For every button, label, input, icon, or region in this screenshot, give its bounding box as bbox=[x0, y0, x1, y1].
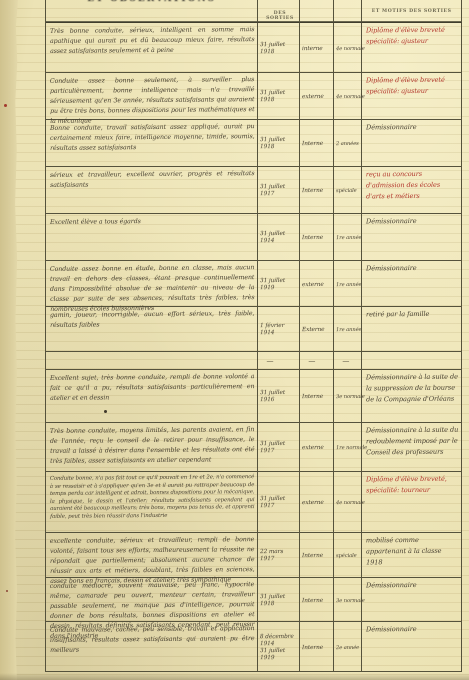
table-row: conduite médiocre, souvent mauvaise, peu… bbox=[46, 578, 462, 622]
status-value-text: Interne bbox=[302, 233, 323, 241]
observation-text: Conduite mauvaise, cachée, peu sensible,… bbox=[46, 621, 258, 656]
status-value-text: interne bbox=[302, 43, 323, 51]
motif-text-text: mobilisé comme appartenant à la classe 1… bbox=[362, 533, 461, 569]
status-value: interne bbox=[300, 23, 334, 73]
motif-text-text: reçu au concours d'admission des écoles … bbox=[362, 167, 461, 203]
status-value-text: Interne bbox=[302, 595, 323, 603]
status-value: Externe bbox=[300, 307, 334, 352]
motif-text bbox=[362, 352, 462, 370]
status-value-text: externe bbox=[302, 92, 324, 100]
motif-text: Démissionnaire à la suite de la suppress… bbox=[362, 370, 462, 423]
motif-text: mobilisé comme appartenant à la classe 1… bbox=[362, 533, 462, 578]
motif-text: reçu au concours d'admission des écoles … bbox=[362, 167, 462, 214]
duration-value-text: — bbox=[336, 357, 349, 365]
duration-value-text: spéciale bbox=[336, 551, 357, 559]
motif-text-text: Démissionnaire à la suite de la suppress… bbox=[362, 370, 461, 406]
motif-text: retiré par la famille bbox=[362, 307, 462, 352]
exit-date-text: 31 juillet 1914 bbox=[260, 229, 299, 245]
status-value-text: Interne bbox=[302, 551, 323, 559]
duration-value-text: 2e année bbox=[336, 642, 359, 650]
motif-text: Diplôme d'élève breveté, spécialité: tou… bbox=[362, 472, 462, 533]
duration-value: 2 années bbox=[334, 120, 362, 167]
status-value: Interne bbox=[300, 578, 334, 622]
observation-text: Excellent élève a tous égards bbox=[46, 213, 258, 228]
exit-date: 31 juillet 1918 bbox=[258, 73, 300, 120]
duration-value: 3e normale bbox=[334, 578, 362, 622]
motif-text: Démissionnaire à la suite du redoublemen… bbox=[362, 423, 462, 472]
exit-date: 31 juillet 1917 bbox=[258, 167, 300, 214]
exit-date: 8 décembre 1914 31 juillet 1919 bbox=[258, 622, 300, 672]
table-row: Conduite mauvaise, cachée, peu sensible,… bbox=[46, 622, 462, 672]
observation: Conduite assez bonne seulement, à survei… bbox=[46, 73, 258, 120]
status-value: Interne bbox=[300, 167, 334, 214]
exit-date-text: — bbox=[260, 357, 273, 365]
duration-value: 3e normale bbox=[334, 370, 362, 423]
status-value-text: Interne bbox=[302, 139, 323, 147]
status-value: Interne bbox=[300, 622, 334, 672]
status-value: externe bbox=[300, 73, 334, 120]
status-value: — bbox=[300, 352, 334, 370]
observation-text: Excellent sujet, très bonne conduite, re… bbox=[46, 369, 258, 404]
header-cell-motif: ET MOTIFS DES SORTIES bbox=[362, 0, 462, 23]
register-table: ET OBSERVATIONS DES SORTIES ET MOTIFS DE… bbox=[45, 0, 462, 672]
table-header: ET OBSERVATIONS DES SORTIES ET MOTIFS DE… bbox=[46, 0, 462, 23]
status-value: externe bbox=[300, 472, 334, 533]
duration-value-text: spéciale bbox=[336, 186, 357, 194]
duration-value-text: 3e normale bbox=[336, 392, 365, 400]
exit-date: 31 juillet 1916 bbox=[258, 370, 300, 423]
exit-date: 31 juillet 1918 bbox=[258, 23, 300, 73]
observation: Très bonne conduite, moyens limités, les… bbox=[46, 423, 258, 472]
duration-value-text: 1re normale bbox=[336, 443, 367, 451]
exit-date: — bbox=[258, 352, 300, 370]
table-row: Bonne conduite, travail satisfaisant ass… bbox=[46, 120, 462, 167]
observation: Excellent élève a tous égards bbox=[46, 214, 258, 261]
exit-date-text: 31 juillet 1919 bbox=[260, 275, 299, 291]
table-row: Excellent sujet, très bonne conduite, re… bbox=[46, 370, 462, 423]
exit-date: 31 juillet 1918 bbox=[258, 120, 300, 167]
status-value: externe bbox=[300, 261, 334, 307]
duration-value-text: 2 années bbox=[336, 139, 359, 147]
observation: excellente conduite, sérieux et travaill… bbox=[46, 533, 258, 578]
duration-value: 1re année bbox=[334, 307, 362, 352]
status-value-text: externe bbox=[302, 498, 324, 506]
motif-text: Démissionnaire bbox=[362, 622, 462, 672]
duration-value: 4e normale bbox=[334, 472, 362, 533]
duration-value: 4e normale bbox=[334, 73, 362, 120]
observation: Conduite assez bonne en étude, bonne en … bbox=[46, 261, 258, 307]
exit-date-text: 8 décembre 1914 31 juillet 1919 bbox=[260, 631, 299, 661]
observation: Bonne conduite, travail satisfaisant ass… bbox=[46, 120, 258, 167]
table-row: Très bonne conduite, moyens limités, les… bbox=[46, 423, 462, 472]
ink-speck bbox=[6, 590, 8, 592]
exit-date: 31 juillet 1919 bbox=[258, 261, 300, 307]
status-value-text: — bbox=[302, 357, 315, 365]
table-rows: Très bonne conduite, sérieux, intelligen… bbox=[46, 23, 462, 672]
header-cell-status bbox=[300, 0, 334, 23]
duration-value-text: 1re année bbox=[336, 279, 362, 287]
table-row: Excellent élève a tous égards31 juillet … bbox=[46, 214, 462, 261]
observation: conduite médiocre, souvent mauvaise, peu… bbox=[46, 578, 258, 622]
header-cell-observations: ET OBSERVATIONS bbox=[46, 0, 258, 23]
status-value-text: Interne bbox=[302, 392, 323, 400]
duration-value: 1re année bbox=[334, 214, 362, 261]
motif-text: Démissionnaire bbox=[362, 120, 462, 167]
ink-dot bbox=[104, 410, 107, 413]
duration-value-text: 4e normale bbox=[336, 43, 365, 51]
exit-date-text: 31 juillet 1916 bbox=[260, 388, 299, 404]
exit-date-text: 1 février 1914 bbox=[260, 321, 299, 337]
cropped-header-text: ET OBSERVATIONS bbox=[46, 0, 257, 4]
observation-text: Très bonne conduite, moyens limités, les… bbox=[46, 422, 258, 467]
duration-value-text: 4e normale bbox=[336, 498, 365, 506]
ink-speck bbox=[4, 104, 7, 107]
motif-text-text: Démissionnaire bbox=[362, 261, 461, 275]
observation: gamin, joueur, incorrigible, aucun effor… bbox=[46, 307, 258, 352]
status-value: Interne bbox=[300, 214, 334, 261]
table-row: Très bonne conduite, sérieux, intelligen… bbox=[46, 23, 462, 73]
duration-value: — bbox=[334, 352, 362, 370]
motif-text-text: Diplôme d'élève breveté spécialité: ajus… bbox=[362, 23, 461, 48]
motif-text-text: Diplôme d'élève breveté, spécialité: tou… bbox=[362, 472, 461, 497]
exit-date-text: 31 juillet 1918 bbox=[260, 135, 299, 151]
observation-text: gamin, joueur, incorrigible, aucun effor… bbox=[46, 306, 258, 331]
duration-value: 1re année bbox=[334, 261, 362, 307]
register-page: ET OBSERVATIONS DES SORTIES ET MOTIFS DE… bbox=[0, 0, 469, 680]
status-value: externe bbox=[300, 423, 334, 472]
status-value-text: Interne bbox=[302, 186, 323, 194]
duration-value-text: 1re année bbox=[336, 325, 362, 333]
duration-value: spéciale bbox=[334, 167, 362, 214]
exit-date: 31 juillet 1917 bbox=[258, 423, 300, 472]
motif-text-text: Démissionnaire à la suite du redoublemen… bbox=[362, 423, 461, 459]
motif-text: Démissionnaire bbox=[362, 214, 462, 261]
header-motif-label: ET MOTIFS DES SORTIES bbox=[362, 0, 461, 14]
table-row: Conduite assez bonne seulement, à survei… bbox=[46, 73, 462, 120]
observation-text: Conduite bonne, n'a pas fait tout ce qu'… bbox=[46, 471, 258, 521]
header-cell-duration bbox=[334, 0, 362, 23]
table-row: Conduite assez bonne en étude, bonne en … bbox=[46, 261, 462, 307]
exit-date-text: 31 juillet 1918 bbox=[260, 591, 299, 607]
observation: sérieux et travailleur, excellent ouvrie… bbox=[46, 167, 258, 214]
exit-date: 1 février 1914 bbox=[258, 307, 300, 352]
duration-value: 4e normale bbox=[334, 23, 362, 73]
status-value: Interne bbox=[300, 370, 334, 423]
motif-text-text: Démissionnaire bbox=[362, 578, 461, 592]
motif-text-text: Démissionnaire bbox=[362, 120, 461, 134]
observation-text: Bonne conduite, travail satisfaisant ass… bbox=[46, 119, 258, 154]
status-value: Interne bbox=[300, 120, 334, 167]
status-value-text: externe bbox=[302, 443, 324, 451]
exit-date-text: 31 juillet 1917 bbox=[260, 494, 299, 510]
status-value-text: externe bbox=[302, 279, 324, 287]
torn-paper-edge bbox=[0, 0, 18, 680]
observation bbox=[46, 352, 258, 370]
exit-date-text: 22 mars 1917 bbox=[260, 547, 299, 563]
motif-text: Diplôme d'élève breveté spécialité: ajus… bbox=[362, 23, 462, 73]
status-value-text: Interne bbox=[302, 642, 323, 650]
motif-text-text: Diplôme d'élève breveté spécialité: ajus… bbox=[362, 73, 461, 98]
observation: Conduite bonne, n'a pas fait tout ce qu'… bbox=[46, 472, 258, 533]
motif-text: Démissionnaire bbox=[362, 261, 462, 307]
observation: Conduite mauvaise, cachée, peu sensible,… bbox=[46, 622, 258, 672]
duration-value-text: 3e normale bbox=[336, 595, 365, 603]
duration-value-text: 1re année bbox=[336, 233, 362, 241]
exit-date: 31 juillet 1917 bbox=[258, 472, 300, 533]
motif-text-text: Démissionnaire bbox=[362, 214, 461, 228]
page-bottom-shadow bbox=[0, 673, 469, 680]
table-row: excellente conduite, sérieux et travaill… bbox=[46, 533, 462, 578]
header-cell-date: DES SORTIES bbox=[258, 0, 300, 23]
duration-value: spéciale bbox=[334, 533, 362, 578]
motif-text: Démissionnaire bbox=[362, 578, 462, 622]
exit-date: 22 mars 1917 bbox=[258, 533, 300, 578]
exit-date: 31 juillet 1914 bbox=[258, 214, 300, 261]
table-row: gamin, joueur, incorrigible, aucun effor… bbox=[46, 307, 462, 352]
observation-text: sérieux et travailleur, excellent ouvrie… bbox=[46, 166, 258, 191]
header-date-label: DES SORTIES bbox=[260, 2, 299, 21]
observation: Très bonne conduite, sérieux, intelligen… bbox=[46, 23, 258, 73]
exit-date-text: 31 juillet 1918 bbox=[260, 88, 299, 104]
table-row: Conduite bonne, n'a pas fait tout ce qu'… bbox=[46, 472, 462, 533]
observation: Excellent sujet, très bonne conduite, re… bbox=[46, 370, 258, 423]
table-row: sérieux et travailleur, excellent ouvrie… bbox=[46, 167, 462, 214]
motif-text-text: retiré par la famille bbox=[362, 307, 461, 321]
motif-text-text: Démissionnaire bbox=[362, 622, 461, 636]
exit-date-text: 31 juillet 1917 bbox=[260, 439, 299, 455]
duration-value-text: 4e normale bbox=[336, 92, 365, 100]
status-value-text: Externe bbox=[302, 325, 325, 333]
exit-date-text: 31 juillet 1917 bbox=[260, 182, 299, 198]
duration-value: 1re normale bbox=[334, 423, 362, 472]
observation-text: Très bonne conduite, sérieux, intelligen… bbox=[46, 22, 258, 57]
duration-value: 2e année bbox=[334, 622, 362, 672]
motif-text: Diplôme d'élève breveté spécialité: ajus… bbox=[362, 73, 462, 120]
table-row: ——— bbox=[46, 352, 462, 370]
exit-date: 31 juillet 1918 bbox=[258, 578, 300, 622]
status-value: Interne bbox=[300, 533, 334, 578]
exit-date-text: 31 juillet 1918 bbox=[260, 39, 299, 55]
